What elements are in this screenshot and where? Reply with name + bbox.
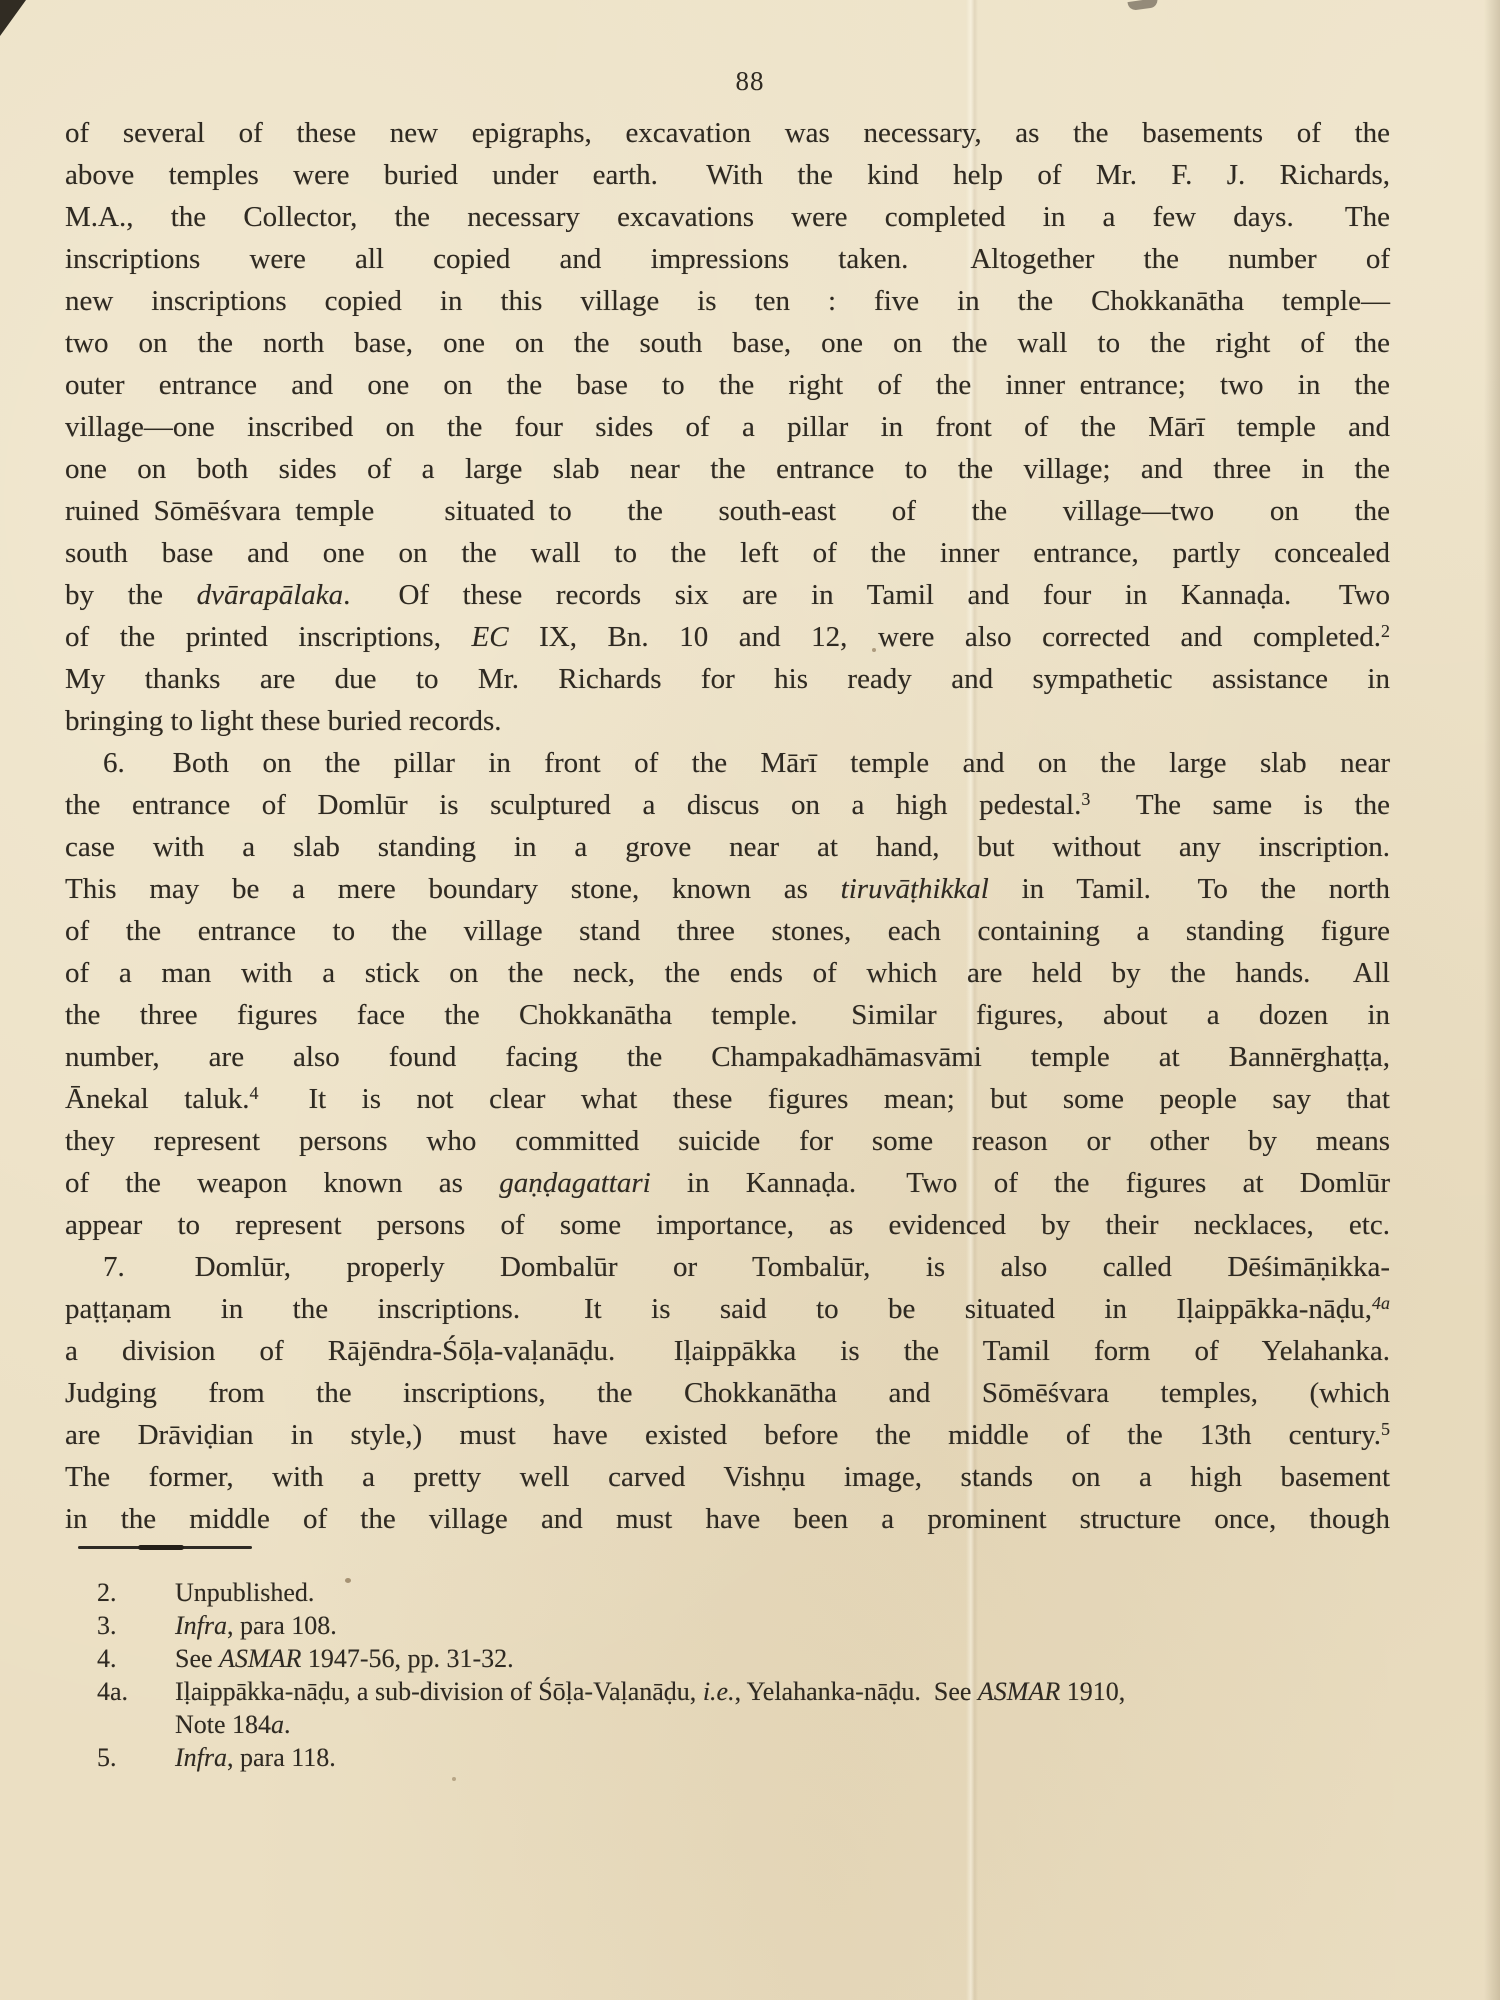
text-segment: The former, with a pretty well carved Vi… xyxy=(65,1461,1390,1493)
text-segment: Iḷaippākka-nāḍu, a sub-division of Śōḷa-… xyxy=(175,1677,703,1706)
text-line: south base and one on the wall to the le… xyxy=(65,532,1390,574)
text-line: above temples were buried under earth. W… xyxy=(65,154,1390,196)
text-segment: outer entrance and one on the base to th… xyxy=(65,369,1390,401)
text-segment: one on both sides of a large slab near t… xyxy=(65,453,1390,485)
footnote-number: 4. xyxy=(65,1642,175,1675)
text-line: of the printed inscriptions, EC IX, Bn. … xyxy=(65,616,1390,658)
footnote: 4.See ASMAR 1947-56, pp. 31-32. xyxy=(65,1642,1390,1675)
text-line: by the dvārapālaka. Of these records six… xyxy=(65,574,1390,616)
text-segment: This may be a mere boundary stone, known… xyxy=(65,873,841,905)
text-line: ruined Sōmēśvara temple situated to the … xyxy=(65,490,1390,532)
footnote-line: Unpublished. xyxy=(175,1576,1390,1609)
footnote-number: 3. xyxy=(65,1609,175,1642)
text-segment: Unpublished. xyxy=(175,1578,314,1607)
text-segment: See xyxy=(175,1644,219,1673)
text-segment: in Kannaḍa. Two of the figures at Domlūr xyxy=(651,1167,1390,1199)
text-segment: My thanks are due to Mr. Richards for hi… xyxy=(65,663,1390,695)
text-segment: . Of these records six are in Tamil and … xyxy=(343,579,1390,611)
text-segment: It is not clear what these figures mean;… xyxy=(258,1083,1390,1115)
text-segment: The same is the xyxy=(1090,789,1390,821)
text-line: inscriptions were all copied and impress… xyxy=(65,238,1390,280)
text-line: one on both sides of a large slab near t… xyxy=(65,448,1390,490)
text-line: in the middle of the village and must ha… xyxy=(65,1498,1390,1540)
text-segment: a division of Rājēndra-Śōḷa-vaḷanāḍu. Iḷ… xyxy=(65,1335,1390,1367)
text-segment: Infra xyxy=(175,1611,227,1640)
text-segment: of several of these new epigraphs, excav… xyxy=(65,117,1390,149)
text-segment: i.e. xyxy=(703,1677,735,1706)
text-segment: tiruvāṭhikkal xyxy=(841,873,989,905)
text-line: of several of these new epigraphs, excav… xyxy=(65,112,1390,154)
text-segment: of the printed inscriptions, xyxy=(65,621,472,653)
text-line: of the entrance to the village stand thr… xyxy=(65,910,1390,952)
footnote-line: Infra, para 118. xyxy=(175,1741,1390,1774)
paragraph: 7. Domlūr, properly Dombalūr or Tombalūr… xyxy=(65,1246,1390,1540)
text-line: they represent persons who committed sui… xyxy=(65,1120,1390,1162)
scan-edge-artifact xyxy=(1128,0,1159,11)
scan-speck xyxy=(452,1777,456,1781)
text-line: number, are also found facing the Champa… xyxy=(65,1036,1390,1078)
text-line: case with a slab standing in a grove nea… xyxy=(65,826,1390,868)
text-segment: case with a slab standing in a grove nea… xyxy=(65,831,1390,863)
text-segment: , para 108. xyxy=(227,1611,337,1640)
text-line: of the weapon known as gaṇḍagattari in K… xyxy=(65,1162,1390,1204)
footnote-reference-superscript: 4a xyxy=(1372,1293,1390,1313)
text-segment: EC xyxy=(472,621,509,653)
scan-corner-artifact xyxy=(0,0,26,36)
text-line: Judging from the inscriptions, the Chokk… xyxy=(65,1372,1390,1414)
text-line: village—one inscribed on the four sides … xyxy=(65,406,1390,448)
scanned-book-page: 88 of several of these new epigraphs, ex… xyxy=(0,0,1500,2000)
text-segment: Judging from the inscriptions, the Chokk… xyxy=(65,1377,1390,1409)
footnote-number: 4a. xyxy=(65,1675,175,1741)
footnote: 5.Infra, para 118. xyxy=(65,1741,1390,1774)
text-segment: in the middle of the village and must ha… xyxy=(65,1503,1390,1535)
text-segment: by the xyxy=(65,579,197,611)
text-line: appear to represent persons of some impo… xyxy=(65,1204,1390,1246)
text-segment: 1910, xyxy=(1060,1677,1125,1706)
paragraph: 6. Both on the pillar in front of the Mā… xyxy=(65,742,1390,1246)
text-line: the entrance of Domlūr is sculptured a d… xyxy=(65,784,1390,826)
text-segment: 7. Domlūr, properly Dombalūr or Tombalūr… xyxy=(103,1251,1390,1283)
text-segment: are Drāviḍian in style,) must have exist… xyxy=(65,1419,1381,1451)
text-line: bringing to light these buried records. xyxy=(65,700,1390,742)
footnote-number: 2. xyxy=(65,1576,175,1609)
text-segment: Infra xyxy=(175,1743,227,1772)
text-segment: they represent persons who committed sui… xyxy=(65,1125,1390,1157)
footnote-text: Infra, para 108. xyxy=(175,1609,1390,1642)
text-line: Ānekal taluk.4 It is not clear what thes… xyxy=(65,1078,1390,1120)
text-segment: , para 118. xyxy=(227,1743,336,1772)
footnote-text: Iḷaippākka-nāḍu, a sub-division of Śōḷa-… xyxy=(175,1675,1390,1741)
page-number: 88 xyxy=(0,66,1500,97)
footnote: 4a.Iḷaippākka-nāḍu, a sub-division of Śō… xyxy=(65,1675,1390,1741)
text-line: 7. Domlūr, properly Dombalūr or Tombalūr… xyxy=(65,1246,1390,1288)
text-line: the three figures face the Chokkanātha t… xyxy=(65,994,1390,1036)
text-segment: Ānekal taluk. xyxy=(65,1083,249,1115)
body-text: of several of these new epigraphs, excav… xyxy=(65,112,1390,1540)
footnote-text: Infra, para 118. xyxy=(175,1741,1390,1774)
text-segment: of a man with a stick on the neck, the e… xyxy=(65,957,1390,989)
footnote: 3.Infra, para 108. xyxy=(65,1609,1390,1642)
text-segment: 1947-56, pp. 31-32. xyxy=(301,1644,513,1673)
text-segment: village—one inscribed on the four sides … xyxy=(65,411,1390,443)
text-line: M.A., the Collector, the necessary excav… xyxy=(65,196,1390,238)
text-segment: 6. Both on the pillar in front of the Mā… xyxy=(103,747,1390,779)
text-segment: ruined Sōmēśvara temple situated to the … xyxy=(65,495,1390,527)
text-segment: ASMAR xyxy=(219,1644,301,1673)
text-line: The former, with a pretty well carved Vi… xyxy=(65,1456,1390,1498)
text-segment: appear to represent persons of some impo… xyxy=(65,1209,1390,1241)
footnote-line: Infra, para 108. xyxy=(175,1609,1390,1642)
page-edge-shadow xyxy=(1484,0,1500,2000)
text-segment: south base and one on the wall to the le… xyxy=(65,537,1390,569)
footnote-separator-rule xyxy=(78,1546,252,1549)
footnote-text: Unpublished. xyxy=(175,1576,1390,1609)
text-segment: above temples were buried under earth. W… xyxy=(65,159,1390,191)
text-segment: IX, Bn. 10 and 12, were also corrected a… xyxy=(509,621,1381,653)
text-segment: Note 184 xyxy=(175,1710,271,1739)
text-line: My thanks are due to Mr. Richards for hi… xyxy=(65,658,1390,700)
text-segment: the entrance of Domlūr is sculptured a d… xyxy=(65,789,1081,821)
text-segment: paṭṭaṇam in the inscriptions. It is said… xyxy=(65,1293,1372,1325)
paragraph: of several of these new epigraphs, excav… xyxy=(65,112,1390,742)
text-segment: of the entrance to the village stand thr… xyxy=(65,915,1390,947)
text-segment: . xyxy=(284,1710,291,1739)
text-line: two on the north base, one on the south … xyxy=(65,322,1390,364)
text-line: new inscriptions copied in this village … xyxy=(65,280,1390,322)
footnotes: 2.Unpublished.3.Infra, para 108.4.See AS… xyxy=(65,1576,1390,1774)
text-segment: ASMAR xyxy=(978,1677,1060,1706)
footnote: 2.Unpublished. xyxy=(65,1576,1390,1609)
text-line: 6. Both on the pillar in front of the Mā… xyxy=(65,742,1390,784)
text-segment: gaṇḍagattari xyxy=(499,1167,650,1199)
text-segment: dvārapālaka xyxy=(197,579,344,611)
text-segment: in Tamil. To the north xyxy=(989,873,1390,905)
footnote-line: Iḷaippākka-nāḍu, a sub-division of Śōḷa-… xyxy=(175,1675,1390,1708)
footnote-reference-superscript: 5 xyxy=(1381,1419,1390,1439)
text-line: a division of Rājēndra-Śōḷa-vaḷanāḍu. Iḷ… xyxy=(65,1330,1390,1372)
footnote-reference-superscript: 3 xyxy=(1081,789,1090,809)
text-segment: a xyxy=(271,1710,284,1739)
footnote-line: See ASMAR 1947-56, pp. 31-32. xyxy=(175,1642,1390,1675)
text-segment: number, are also found facing the Champa… xyxy=(65,1041,1390,1073)
text-segment: inscriptions were all copied and impress… xyxy=(65,243,1390,275)
text-segment: the three figures face the Chokkanātha t… xyxy=(65,999,1390,1031)
text-line: outer entrance and one on the base to th… xyxy=(65,364,1390,406)
text-line: of a man with a stick on the neck, the e… xyxy=(65,952,1390,994)
footnote-line: Note 184a. xyxy=(175,1708,1390,1741)
text-line: paṭṭaṇam in the inscriptions. It is said… xyxy=(65,1288,1390,1330)
text-segment: of the weapon known as xyxy=(65,1167,499,1199)
text-line: are Drāviḍian in style,) must have exist… xyxy=(65,1414,1390,1456)
text-segment: M.A., the Collector, the necessary excav… xyxy=(65,201,1390,233)
text-segment: new inscriptions copied in this village … xyxy=(65,285,1390,317)
text-segment: two on the north base, one on the south … xyxy=(65,327,1390,359)
text-line: This may be a mere boundary stone, known… xyxy=(65,868,1390,910)
footnote-number: 5. xyxy=(65,1741,175,1774)
text-segment: bringing to light these buried records. xyxy=(65,705,502,737)
text-segment: , Yelahanka-nāḍu. See xyxy=(735,1677,978,1706)
footnote-reference-superscript: 2 xyxy=(1381,621,1390,641)
footnote-text: See ASMAR 1947-56, pp. 31-32. xyxy=(175,1642,1390,1675)
